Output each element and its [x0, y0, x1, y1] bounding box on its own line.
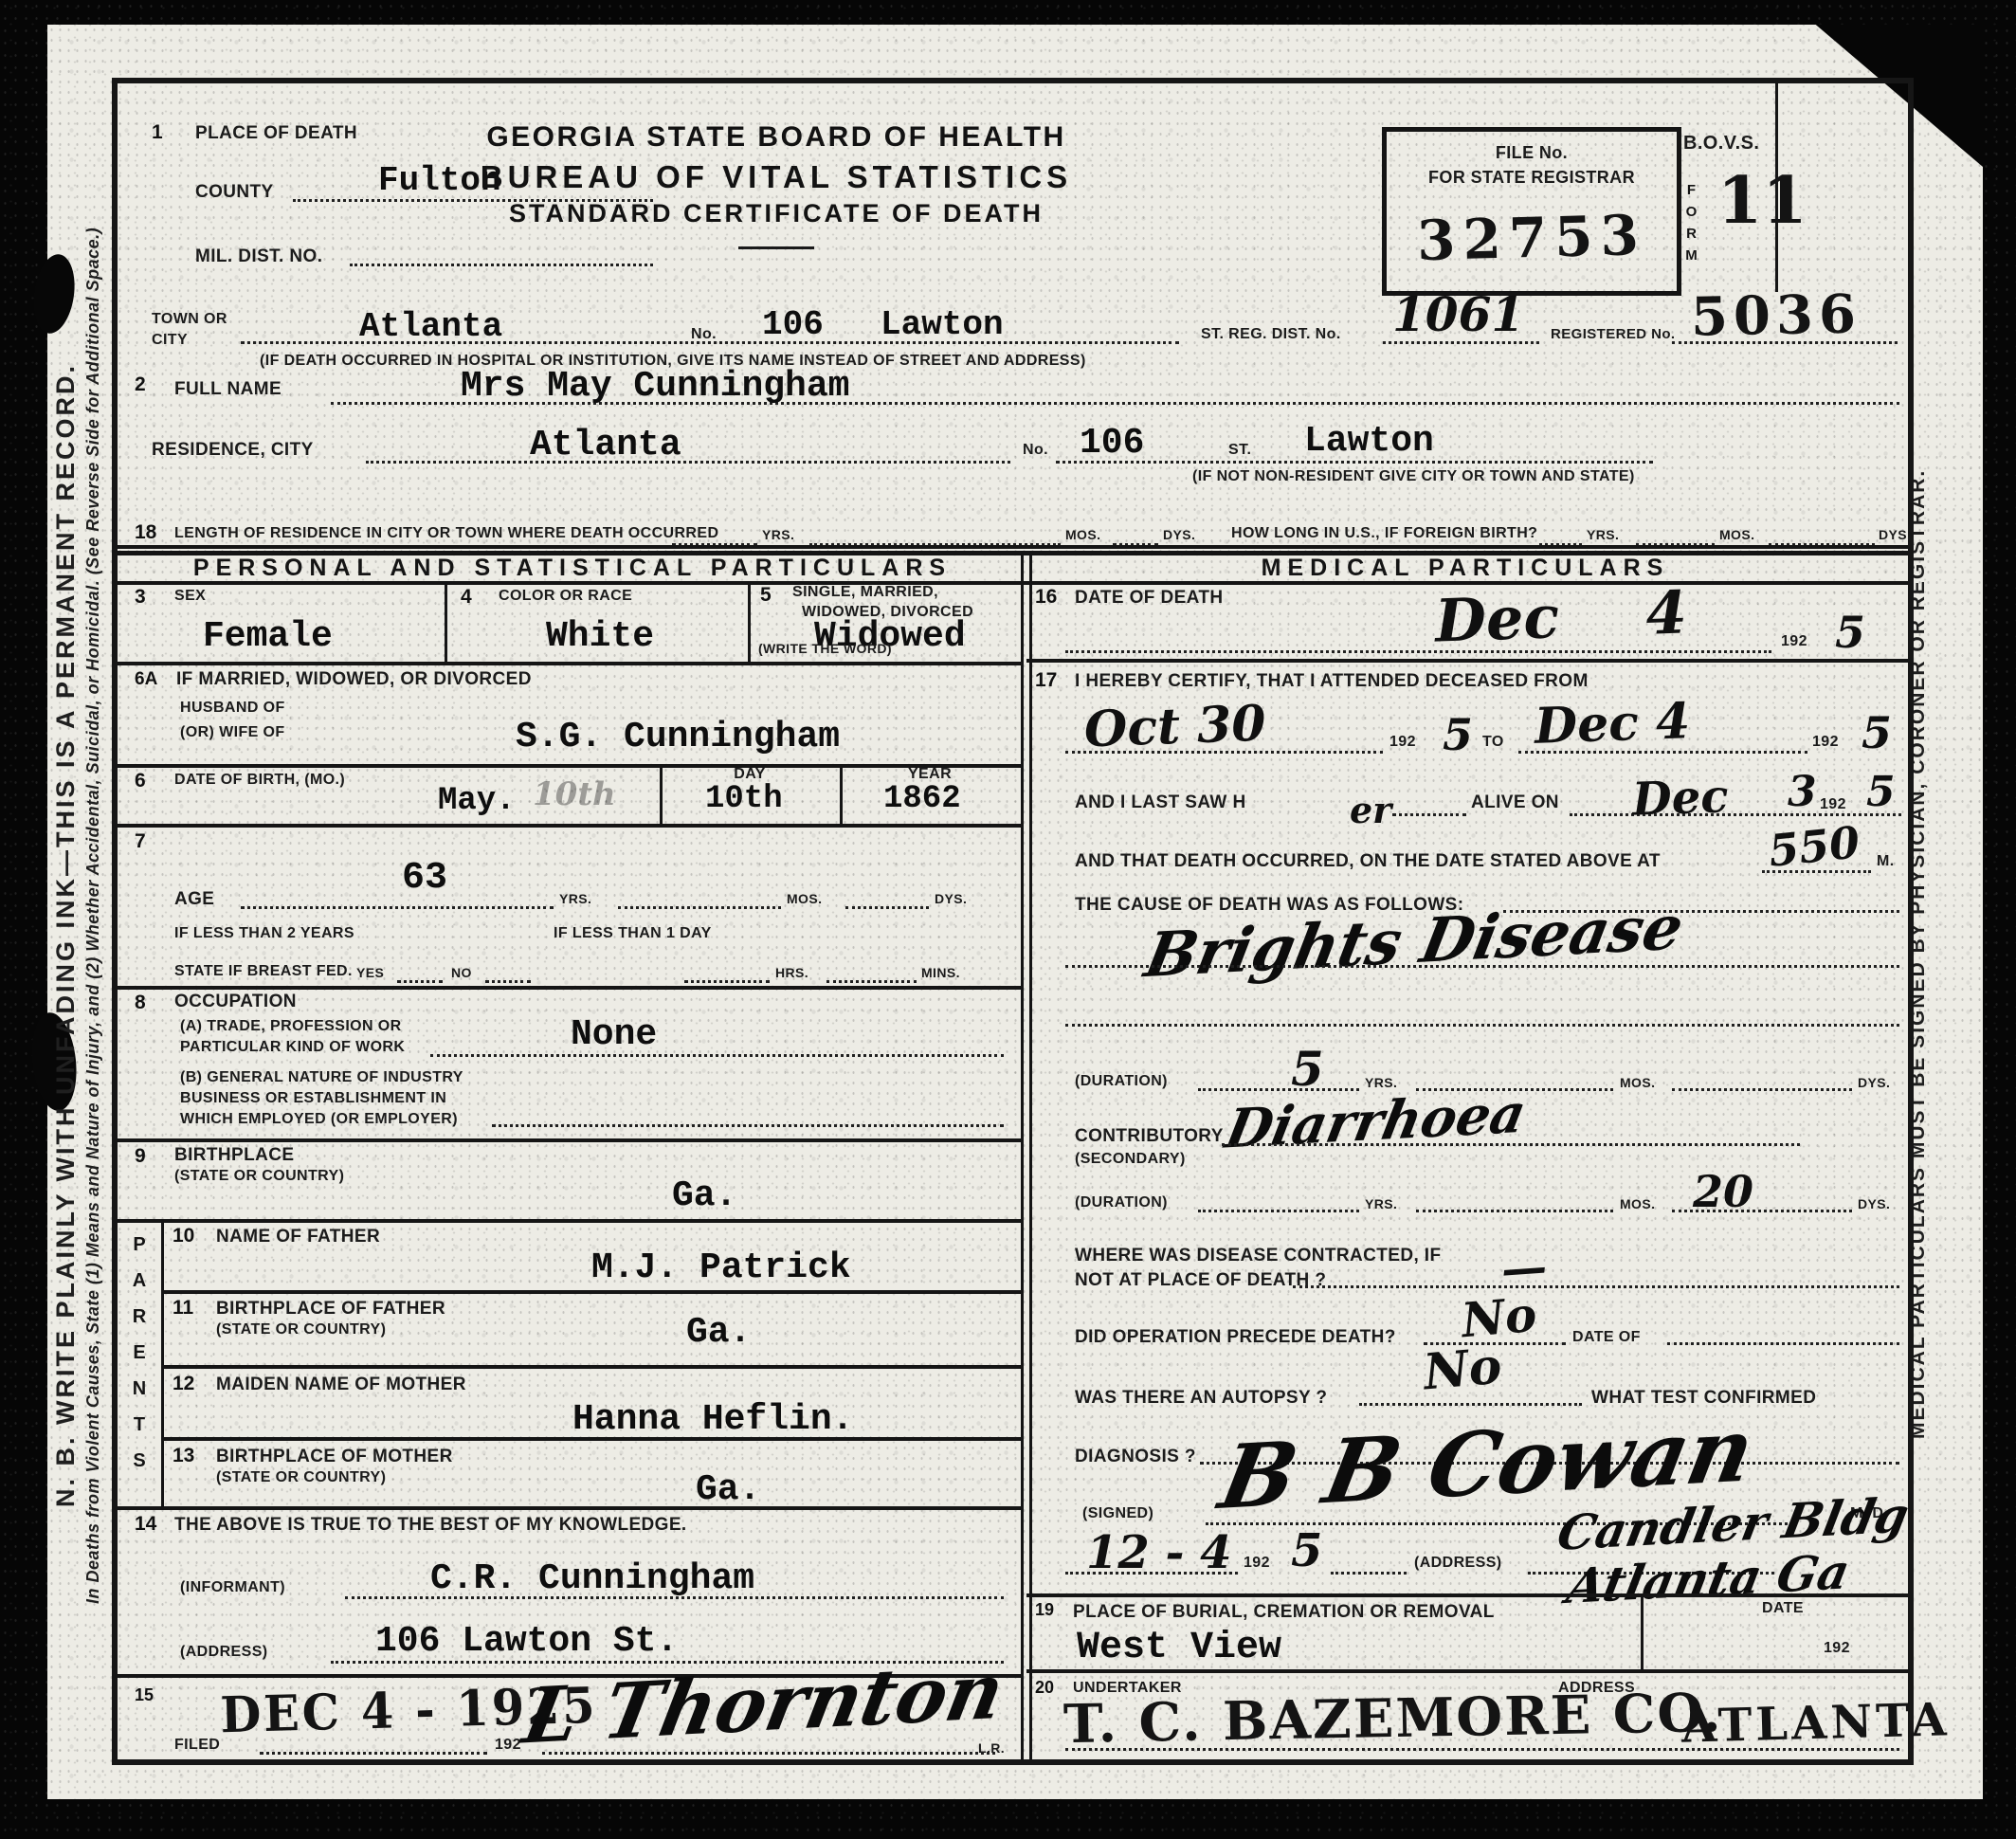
dob-month-handwritten: 10th	[533, 775, 616, 813]
birthplace-sublabel: (STATE OR COUNTRY)	[174, 1168, 344, 1185]
saw-192-label: 192	[1820, 796, 1846, 813]
lr-label: L.R.	[978, 1740, 1005, 1756]
item-number-19: 19	[1035, 1600, 1054, 1620]
industry-label-line3: WHICH EMPLOYED (OR EMPLOYER)	[180, 1111, 458, 1128]
row-rule	[118, 1138, 1024, 1142]
m-label: M.	[1877, 853, 1895, 870]
dotted-rule	[397, 980, 443, 983]
dotted-rule	[1667, 1342, 1899, 1345]
full-name-value: Mrs May Cunningham	[461, 366, 849, 407]
file-no-label: FILE No.	[1387, 143, 1677, 163]
from-year-handwritten: 5	[1443, 709, 1473, 760]
date-of-death-value: Dec 4	[1434, 577, 1688, 655]
dotted-rule	[1222, 1143, 1800, 1146]
house-no-value: 106	[762, 305, 824, 344]
dotted-rule	[260, 1752, 487, 1755]
full-name-label: FULL NAME	[174, 379, 282, 400]
dotted-rule	[345, 1596, 1004, 1599]
breast-fed-label: STATE IF BREAST FED.	[174, 963, 353, 980]
parents-vertical-label: PARENTS	[128, 1234, 150, 1486]
house-no-label: No.	[691, 326, 717, 343]
dotted-rule	[1672, 1210, 1852, 1212]
item-number-1: 1	[152, 121, 163, 144]
undertaker-address-stamp: ATLANTA	[1680, 1693, 1951, 1753]
town-or-label: TOWN OR	[152, 311, 227, 328]
item-number-3: 3	[135, 586, 146, 609]
row-rule	[161, 1437, 1024, 1441]
place-of-death-label: PLACE OF DEATH	[195, 123, 357, 144]
attestation-label: THE ABOVE IS TRUE TO THE BEST OF MY KNOW…	[174, 1515, 687, 1536]
registered-no-label: REGISTERED No.	[1551, 326, 1675, 342]
row-rule	[118, 824, 1024, 828]
dotted-rule	[1065, 1748, 1899, 1751]
to-label: TO	[1482, 734, 1504, 751]
residence-city-value: Atlanta	[530, 425, 681, 465]
residence-st-label: ST.	[1228, 442, 1251, 459]
header-title-line2: BUREAU OF VITAL STATISTICS	[430, 159, 1122, 195]
row-rule	[118, 662, 1024, 665]
dotted-rule	[1570, 813, 1901, 816]
birthplace-value: Ga.	[672, 1175, 736, 1216]
dotted-rule	[618, 906, 781, 909]
item-number-8: 8	[135, 992, 146, 1014]
informant-label: (INFORMANT)	[180, 1579, 285, 1596]
cell-divider	[1641, 1593, 1644, 1669]
dotted-rule	[826, 980, 917, 983]
dob-year-value: 1862	[883, 781, 961, 817]
dob-month-value: May.	[438, 783, 516, 819]
item-number-15: 15	[135, 1685, 154, 1705]
street-value: Lawton	[881, 305, 1004, 344]
from-192-label: 192	[1389, 734, 1416, 751]
yrs-label: YRS.	[559, 891, 591, 906]
signed-label: (SIGNED)	[1082, 1505, 1153, 1522]
item-number-11: 11	[173, 1297, 193, 1320]
how-long-us-label: HOW LONG IN U.S., IF FOREIGN BIRTH?	[1231, 525, 1537, 542]
date-of-label: DATE OF	[1572, 1329, 1641, 1346]
age-label: AGE	[174, 889, 214, 910]
section-medical-header: MEDICAL PARTICULARS	[1029, 555, 1901, 582]
father-name-label: NAME OF FATHER	[216, 1227, 380, 1247]
dotted-rule	[1065, 751, 1383, 754]
last-saw-her-handwritten: er	[1350, 789, 1391, 831]
duration2-label: (DURATION)	[1075, 1194, 1168, 1211]
header-title-line1: GEORGIA STATE BOARD OF HEALTH	[430, 121, 1122, 154]
column-divider	[1021, 551, 1032, 1759]
dotted-rule	[1065, 650, 1771, 653]
operation-label: DID OPERATION PRECEDE DEATH?	[1075, 1327, 1396, 1348]
mos-label: MOS.	[1719, 527, 1754, 542]
row-rule	[161, 1365, 1024, 1369]
dys-label: DYS.	[1858, 1196, 1890, 1211]
hrs-label: HRS.	[775, 965, 808, 980]
item-number-10: 10	[173, 1225, 194, 1247]
cell-divider	[748, 585, 751, 662]
dotted-rule	[430, 1054, 1004, 1057]
dotted-rule	[1065, 965, 1899, 968]
item-number-4: 4	[461, 586, 472, 609]
form-number: 11	[1717, 163, 1807, 239]
residence-city-label: RESIDENCE, CITY	[152, 440, 314, 461]
spouse-value: S.G. Cunningham	[516, 717, 840, 757]
yes-label: YES	[356, 965, 384, 980]
header-title-line3: STANDARD CERTIFICATE OF DEATH	[430, 199, 1122, 228]
mother-name-label: MAIDEN NAME OF MOTHER	[216, 1375, 466, 1395]
contributory-handwritten: Diarrhoea	[1221, 1082, 1532, 1160]
dotted-rule	[241, 906, 554, 909]
item-number-12: 12	[173, 1373, 194, 1395]
undertaker-address-label: ADDRESS	[1558, 1680, 1635, 1697]
burial-192-label: 192	[1824, 1640, 1850, 1657]
dotted-rule	[1672, 341, 1898, 344]
burial-label: PLACE OF BURIAL, CREMATION OR REMOVAL	[1073, 1602, 1495, 1623]
mos-label: MOS.	[787, 891, 822, 906]
dotted-rule	[845, 906, 929, 909]
item-number-20: 20	[1035, 1678, 1054, 1698]
item-number-16: 16	[1035, 586, 1057, 609]
dotted-rule	[1672, 1088, 1852, 1091]
death-time-handwritten: 550	[1766, 816, 1862, 877]
informant-address-value: 106 Lawton St.	[375, 1621, 678, 1662]
to-192-label: 192	[1812, 734, 1839, 751]
birthplace-label: BIRTHPLACE	[174, 1145, 294, 1166]
dotted-rule	[485, 980, 531, 983]
row-rule	[1026, 1593, 1908, 1597]
item-number-2: 2	[135, 373, 146, 396]
residence-no-value: 106	[1080, 423, 1144, 464]
row-rule	[118, 1506, 1024, 1510]
dob-label: DATE OF BIRTH, (MO.)	[174, 772, 345, 789]
dotted-rule	[1762, 870, 1871, 873]
dob-day-value: 10th	[705, 781, 783, 817]
sex-label: SEX	[174, 588, 206, 605]
industry-label-line2: BUSINESS OR ESTABLISHMENT IN	[180, 1090, 446, 1107]
file-number-box: FILE No. FOR STATE REGISTRAR 32753	[1382, 127, 1681, 296]
last-saw-label: AND I LAST SAW H	[1075, 792, 1246, 813]
spouse-label: IF MARRIED, WIDOWED, OR DIVORCED	[176, 669, 532, 690]
mil-dist-label: MIL. DIST. NO.	[195, 246, 322, 267]
form-word-vertical: FORM	[1683, 182, 1699, 269]
section-personal-header: PERSONAL AND STATISTICAL PARTICULARS	[174, 555, 971, 582]
death-192-label: 192	[1781, 633, 1807, 650]
burial-date-label: DATE	[1762, 1600, 1804, 1617]
secondary-label: (SECONDARY)	[1075, 1151, 1186, 1168]
sign-year-handwritten: 5	[1291, 1524, 1322, 1577]
length-residence-label: LENGTH OF RESIDENCE IN CITY OR TOWN WHER…	[174, 525, 718, 542]
contributory-label: CONTRIBUTORY	[1075, 1126, 1224, 1147]
dotted-rule	[492, 1124, 1004, 1127]
contracted-label-line2: NOT AT PLACE OF DEATH ?	[1075, 1270, 1326, 1291]
date-of-death-label: DATE OF DEATH	[1075, 588, 1224, 609]
dotted-rule	[1331, 1572, 1407, 1575]
mos-label: MOS.	[1065, 527, 1100, 542]
yrs-label: YRS.	[1587, 527, 1619, 542]
state-reg-dist-value: 1061	[1392, 286, 1524, 342]
duration1-label: (DURATION)	[1075, 1073, 1168, 1090]
mother-birthplace-value: Ga.	[696, 1469, 760, 1510]
mins-label: MINS.	[921, 965, 960, 980]
father-birthplace-label: BIRTHPLACE OF FATHER	[216, 1299, 445, 1320]
dys-label: DYS.	[1858, 1075, 1890, 1090]
item-number-6: 6	[135, 770, 146, 792]
certify-label: I HEREBY CERTIFY, THAT I ATTENDED DECEAS…	[1075, 671, 1589, 692]
town-value: Atlanta	[359, 307, 502, 346]
row-rule	[161, 1290, 1024, 1294]
race-value: White	[546, 616, 654, 657]
filed-192-label: 192	[495, 1737, 521, 1754]
dotted-rule	[1065, 1572, 1238, 1575]
race-label: COLOR OR RACE	[499, 588, 632, 605]
dotted-rule	[1383, 341, 1539, 344]
item-number-7: 7	[135, 830, 146, 853]
item-number-6a: 6A	[135, 669, 157, 690]
diagnosis-label: DIAGNOSIS ?	[1075, 1447, 1196, 1467]
file-number-stamp: 32753	[1386, 202, 1678, 274]
dotted-rule	[1065, 1024, 1899, 1027]
mother-birthplace-sublabel: (STATE OR COUNTRY)	[216, 1469, 386, 1486]
state-reg-dist-label: ST. REG. DIST. No.	[1201, 326, 1341, 343]
item-number-5: 5	[760, 584, 772, 607]
informant-value: C.R. Cunningham	[430, 1558, 754, 1599]
filed-label: FILED	[174, 1737, 220, 1754]
row-rule	[118, 986, 1024, 990]
dotted-rule	[684, 980, 770, 983]
saw-year-handwritten: 5	[1866, 768, 1896, 816]
occupation-label: OCCUPATION	[174, 992, 297, 1012]
father-birthplace-value: Ga.	[686, 1312, 751, 1353]
no-label: NO	[451, 965, 472, 980]
item-number-17: 17	[1035, 669, 1057, 692]
scan-background: N. B. WRITE PLAINLY WITH UNFADING INK—TH…	[0, 0, 2016, 1839]
yrs-label: YRS.	[1365, 1075, 1397, 1090]
attended-from-value: Oct 30	[1083, 695, 1266, 759]
dys-label: DYS.	[1163, 527, 1195, 542]
dotted-rule	[1359, 1403, 1582, 1406]
physician-address-label: (ADDRESS)	[1414, 1555, 1502, 1572]
autopsy-label: WAS THERE AN AUTOPSY ?	[1075, 1388, 1327, 1409]
dotted-rule	[1416, 1210, 1613, 1212]
dotted-rule	[350, 264, 653, 266]
informant-address-label: (ADDRESS)	[180, 1644, 268, 1661]
age-value: 63	[402, 857, 447, 900]
certificate-paper: N. B. WRITE PLAINLY WITH UNFADING INK—TH…	[47, 25, 1983, 1799]
residence-note: (IF NOT NON-RESIDENT GIVE CITY OR TOWN A…	[1192, 468, 1635, 485]
bovs-label: B.O.V.S.	[1683, 133, 1759, 155]
sign-192-label: 192	[1244, 1555, 1270, 1572]
row-rule	[118, 1219, 1024, 1223]
dotted-rule	[1198, 1210, 1359, 1212]
mother-birthplace-label: BIRTHPLACE OF MOTHER	[216, 1447, 453, 1467]
less-than-2yrs-label: IF LESS THAN 2 YEARS	[174, 925, 354, 942]
marital-label-line1: SINGLE, MARRIED,	[792, 584, 938, 601]
father-name-value: M.J. Patrick	[591, 1247, 851, 1288]
dys-label: DYS.	[1879, 527, 1911, 542]
county-label: COUNTY	[195, 182, 274, 203]
trade-label-line2: PARTICULAR KIND OF WORK	[180, 1039, 405, 1056]
alive-on-label: ALIVE ON	[1471, 792, 1559, 813]
residence-no-label: No.	[1023, 442, 1048, 459]
mos-label: MOS.	[1620, 1196, 1655, 1211]
certificate-frame: 1 PLACE OF DEATH COUNTY Fulton MIL. DIST…	[112, 78, 1914, 1765]
father-birthplace-sublabel: (STATE OR COUNTRY)	[216, 1321, 386, 1338]
residence-street-value: Lawton	[1304, 421, 1434, 462]
parents-strip: PARENTS	[118, 1219, 164, 1506]
marital-note: (WRITE THE WORD)	[758, 641, 892, 656]
cell-divider	[445, 585, 447, 662]
death-year-handwritten: 5	[1835, 607, 1865, 658]
death-occurred-label: AND THAT DEATH OCCURRED, ON THE DATE STA…	[1075, 851, 1661, 872]
registered-no-stamp: 5036	[1690, 282, 1862, 348]
dotted-rule	[1392, 813, 1466, 816]
mother-name-value: Hanna Heflin.	[572, 1399, 853, 1440]
item-number-9: 9	[135, 1145, 146, 1168]
attended-to-value: Dec 4	[1534, 692, 1691, 756]
wife-of-label: (OR) WIFE OF	[180, 724, 285, 741]
duration1-yrs-handwritten: 5	[1291, 1041, 1324, 1097]
file-no-sublabel: FOR STATE REGISTRAR	[1387, 168, 1677, 188]
sex-value: Female	[203, 616, 333, 657]
trade-label-line1: (A) TRADE, PROFESSION OR	[180, 1018, 402, 1035]
margin-note-left-inner: In Deaths from Violent Causes, State (1)…	[83, 63, 103, 1769]
autopsy-value-handwritten: No	[1421, 1338, 1503, 1402]
trade-value: None	[571, 1014, 657, 1055]
less-than-1day-label: IF LESS THAN 1 DAY	[554, 925, 712, 942]
to-year-handwritten: 5	[1862, 707, 1892, 758]
last-saw-month-handwritten: Dec	[1631, 770, 1729, 827]
dotted-rule	[1293, 1285, 1899, 1288]
item-number-14: 14	[135, 1513, 156, 1536]
dotted-rule	[366, 461, 1010, 464]
dys-label: DYS.	[935, 891, 967, 906]
item-number-18: 18	[135, 521, 156, 544]
last-saw-day-handwritten: 3	[1788, 768, 1817, 816]
mos-label: MOS.	[1620, 1075, 1655, 1090]
row-rule	[1026, 1669, 1908, 1673]
margin-note-left-outer: N. B. WRITE PLAINLY WITH UNFADING INK—TH…	[51, 110, 81, 1759]
dotted-rule	[1518, 751, 1807, 754]
row-rule	[1026, 659, 1908, 663]
contracted-label-line1: WHERE WAS DISEASE CONTRACTED, IF	[1075, 1246, 1441, 1266]
dotted-rule	[1198, 1088, 1359, 1091]
title-underline	[738, 246, 814, 249]
husband-of-label: HUSBAND OF	[180, 700, 285, 717]
yrs-label: YRS.	[1365, 1196, 1397, 1211]
city-label: CITY	[152, 332, 188, 349]
item-number-13: 13	[173, 1445, 194, 1467]
header-inner-rule	[1775, 83, 1778, 292]
yrs-label: YRS.	[762, 527, 794, 542]
industry-label-line1: (B) GENERAL NATURE OF INDUSTRY	[180, 1069, 463, 1086]
burial-value: West View	[1077, 1627, 1281, 1669]
section-rule	[118, 545, 1908, 549]
